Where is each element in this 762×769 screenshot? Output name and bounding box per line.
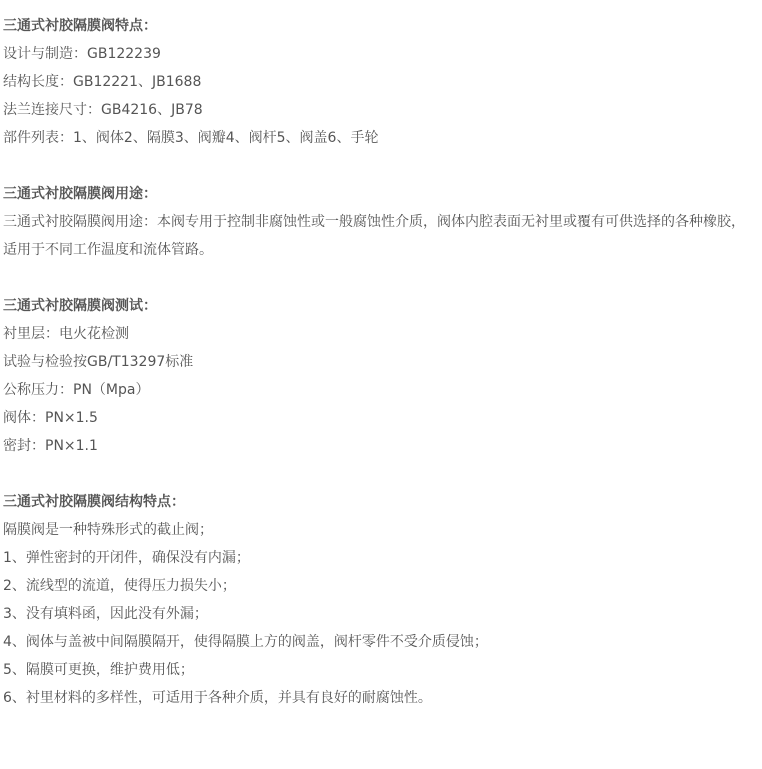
- text-line: 衬里层：电火花检测: [3, 320, 762, 348]
- section-testing: 三通式衬胶隔膜阀测试： 衬里层：电火花检测 试验与检验按GB/T13297标准 …: [3, 292, 762, 460]
- spacer: [3, 152, 762, 180]
- document-body: 三通式衬胶隔膜阀特点： 设计与制造：GB122239 结构长度：GB12221、…: [0, 0, 762, 712]
- section-heading: 三通式衬胶隔膜阀特点：: [3, 12, 762, 40]
- text-line: 公称压力：PN（Mpa）: [3, 376, 762, 404]
- text-line: 适用于不同工作温度和流体管路。: [3, 236, 762, 264]
- text-line: 3、没有填料函，因此没有外漏；: [3, 600, 762, 628]
- section-heading: 三通式衬胶隔膜阀用途：: [3, 180, 762, 208]
- text-line: 密封：PN×1.1: [3, 432, 762, 460]
- section-usage: 三通式衬胶隔膜阀用途： 三通式衬胶隔膜阀用途：本阀专用于控制非腐蚀性或一般腐蚀性…: [3, 180, 762, 264]
- section-features: 三通式衬胶隔膜阀特点： 设计与制造：GB122239 结构长度：GB12221、…: [3, 12, 762, 152]
- text-line: 法兰连接尺寸：GB4216、JB78: [3, 96, 762, 124]
- text-line: 结构长度：GB12221、JB1688: [3, 68, 762, 96]
- text-line: 阀体：PN×1.5: [3, 404, 762, 432]
- text-line: 1、弹性密封的开闭件，确保没有内漏；: [3, 544, 762, 572]
- text-line: 4、阀体与盖被中间隔膜隔开，使得隔膜上方的阀盖，阀杆零件不受介质侵蚀；: [3, 628, 762, 656]
- text-line: 6、衬里材料的多样性，可适用于各种介质，并具有良好的耐腐蚀性。: [3, 684, 762, 712]
- text-line: 隔膜阀是一种特殊形式的截止阀；: [3, 516, 762, 544]
- text-line: 设计与制造：GB122239: [3, 40, 762, 68]
- text-line: 部件列表：1、阀体2、隔膜3、阀瓣4、阀杆5、阀盖6、手轮: [3, 124, 762, 152]
- section-structure: 三通式衬胶隔膜阀结构特点： 隔膜阀是一种特殊形式的截止阀； 1、弹性密封的开闭件…: [3, 488, 762, 712]
- spacer: [3, 264, 762, 292]
- text-line: 2、流线型的流道，使得压力损失小；: [3, 572, 762, 600]
- text-line: 5、隔膜可更换，维护费用低；: [3, 656, 762, 684]
- section-heading: 三通式衬胶隔膜阀测试：: [3, 292, 762, 320]
- text-line: 三通式衬胶隔膜阀用途：本阀专用于控制非腐蚀性或一般腐蚀性介质，阀体内腔表面无衬里…: [3, 208, 762, 236]
- spacer: [3, 460, 762, 488]
- section-heading: 三通式衬胶隔膜阀结构特点：: [3, 488, 762, 516]
- text-line: 试验与检验按GB/T13297标准: [3, 348, 762, 376]
